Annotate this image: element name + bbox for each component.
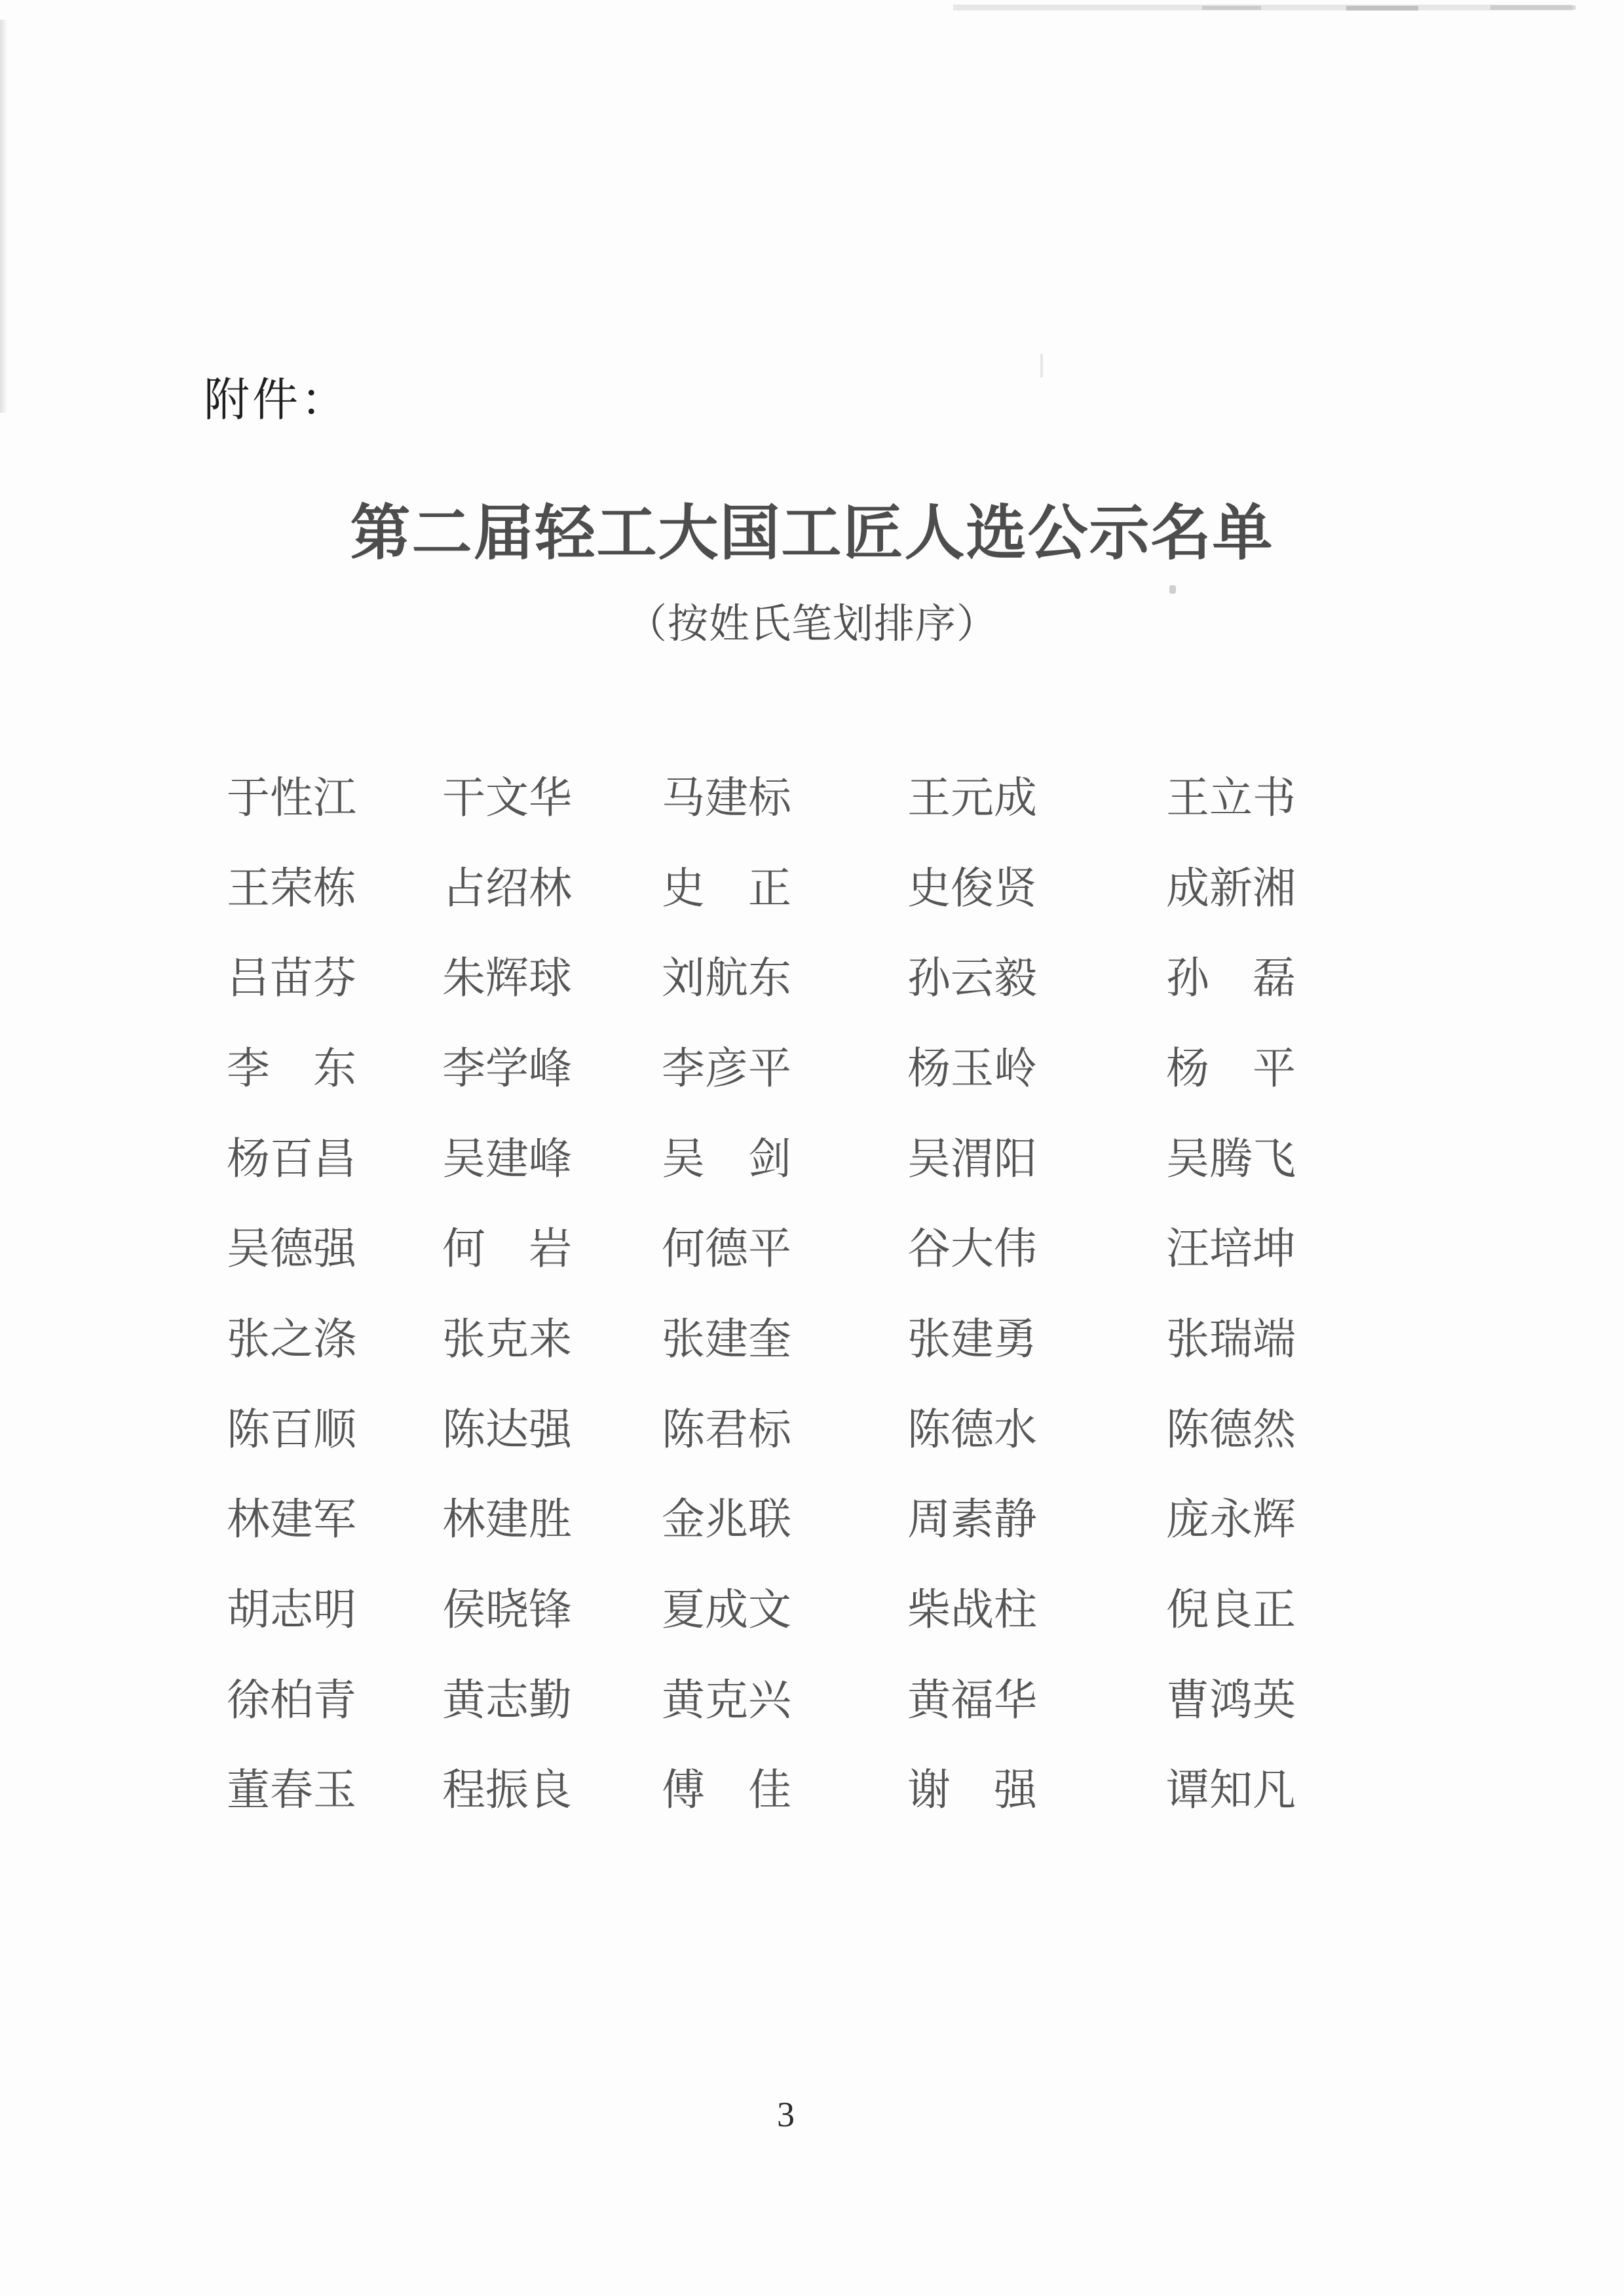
name-cell: 张之涤 [227, 1295, 442, 1385]
scan-streak-segment [1202, 6, 1261, 10]
name-cell: 孙云毅 [907, 934, 1166, 1024]
name-cell: 吴渭阳 [907, 1115, 1166, 1205]
name-cell: 杨玉岭 [907, 1024, 1166, 1115]
scan-edge-shadow [0, 20, 8, 413]
scan-streak-segment [1490, 5, 1576, 10]
name-cell: 程振良 [442, 1746, 662, 1837]
name-cell: 胡志明 [227, 1565, 442, 1656]
name-cell: 于性江 [227, 754, 442, 844]
name-cell: 陈达强 [442, 1385, 662, 1476]
document-title: 第二届轻工大国工匠人选公示名单 [0, 503, 1624, 564]
name-cell: 汪培坤 [1166, 1204, 1297, 1295]
name-cell: 干文华 [442, 754, 662, 844]
name-cell: 侯晓锋 [442, 1565, 662, 1656]
name-cell: 董春玉 [227, 1746, 442, 1837]
name-cell: 黄克兴 [662, 1656, 907, 1746]
name-cell: 谭知凡 [1166, 1746, 1297, 1837]
name-cell: 徐柏青 [227, 1656, 442, 1746]
name-cell: 张建勇 [907, 1295, 1166, 1385]
name-cell: 夏成文 [662, 1565, 907, 1656]
name-cell: 吴腾飞 [1166, 1115, 1297, 1205]
name-cell: 刘航东 [662, 934, 907, 1024]
name-cell: 张建奎 [662, 1295, 907, 1385]
name-cell: 朱辉球 [442, 934, 662, 1024]
page-number: 3 [777, 2094, 795, 2135]
name-cell: 林建军 [227, 1476, 442, 1566]
name-cell: 张克来 [442, 1295, 662, 1385]
name-cell: 李学峰 [442, 1024, 662, 1115]
name-cell: 曹鸿英 [1166, 1656, 1297, 1746]
scan-speck-artifact [1169, 585, 1176, 594]
name-cell: 史 正 [662, 844, 907, 934]
name-cell: 黄福华 [907, 1656, 1166, 1746]
name-cell: 吴德强 [227, 1204, 442, 1295]
name-cell: 王立书 [1166, 754, 1297, 844]
name-cell: 谷大伟 [907, 1204, 1166, 1295]
name-cell: 杨百昌 [227, 1115, 442, 1205]
attachment-label: 附件： [204, 373, 349, 429]
scan-tick-artifact [1040, 354, 1043, 377]
scan-streak-segment [1346, 6, 1418, 10]
name-cell: 李彦平 [662, 1024, 907, 1115]
name-cell: 庞永辉 [1166, 1476, 1297, 1566]
name-cell: 吴 剑 [662, 1115, 907, 1205]
name-cell: 马建标 [662, 754, 907, 844]
name-cell: 李 东 [227, 1024, 442, 1115]
name-cell: 周素静 [907, 1476, 1166, 1566]
name-cell: 何德平 [662, 1204, 907, 1295]
name-cell: 陈德然 [1166, 1385, 1297, 1476]
name-cell: 林建胜 [442, 1476, 662, 1566]
name-cell: 孙 磊 [1166, 934, 1297, 1024]
name-cell: 成新湘 [1166, 844, 1297, 934]
scanned-document-page: { "page": { "attachment_label": "附件：", "… [0, 0, 1624, 2296]
name-cell: 何 岩 [442, 1204, 662, 1295]
name-cell: 陈德水 [907, 1385, 1166, 1476]
scan-top-streak-artifact [953, 5, 1572, 10]
name-cell: 吕苗芬 [227, 934, 442, 1024]
name-cell: 占绍林 [442, 844, 662, 934]
names-grid: 于性江干文华马建标王元成王立书王荣栋占绍林史 正史俊贤成新湘吕苗芬朱辉球刘航东孙… [227, 754, 1297, 1836]
name-cell: 史俊贤 [907, 844, 1166, 934]
name-cell: 黄志勤 [442, 1656, 662, 1746]
name-cell: 吴建峰 [442, 1115, 662, 1205]
name-cell: 王荣栋 [227, 844, 442, 934]
name-cell: 谢 强 [907, 1746, 1166, 1837]
name-cell: 倪良正 [1166, 1565, 1297, 1656]
name-cell: 陈百顺 [227, 1385, 442, 1476]
name-cell: 陈君标 [662, 1385, 907, 1476]
document-subtitle: （按姓氏笔划排序） [0, 602, 1624, 648]
name-cell: 张瑞端 [1166, 1295, 1297, 1385]
name-cell: 王元成 [907, 754, 1166, 844]
name-cell: 傅 佳 [662, 1746, 907, 1837]
name-cell: 柴战柱 [907, 1565, 1166, 1656]
name-cell: 金兆联 [662, 1476, 907, 1566]
name-cell: 杨 平 [1166, 1024, 1297, 1115]
